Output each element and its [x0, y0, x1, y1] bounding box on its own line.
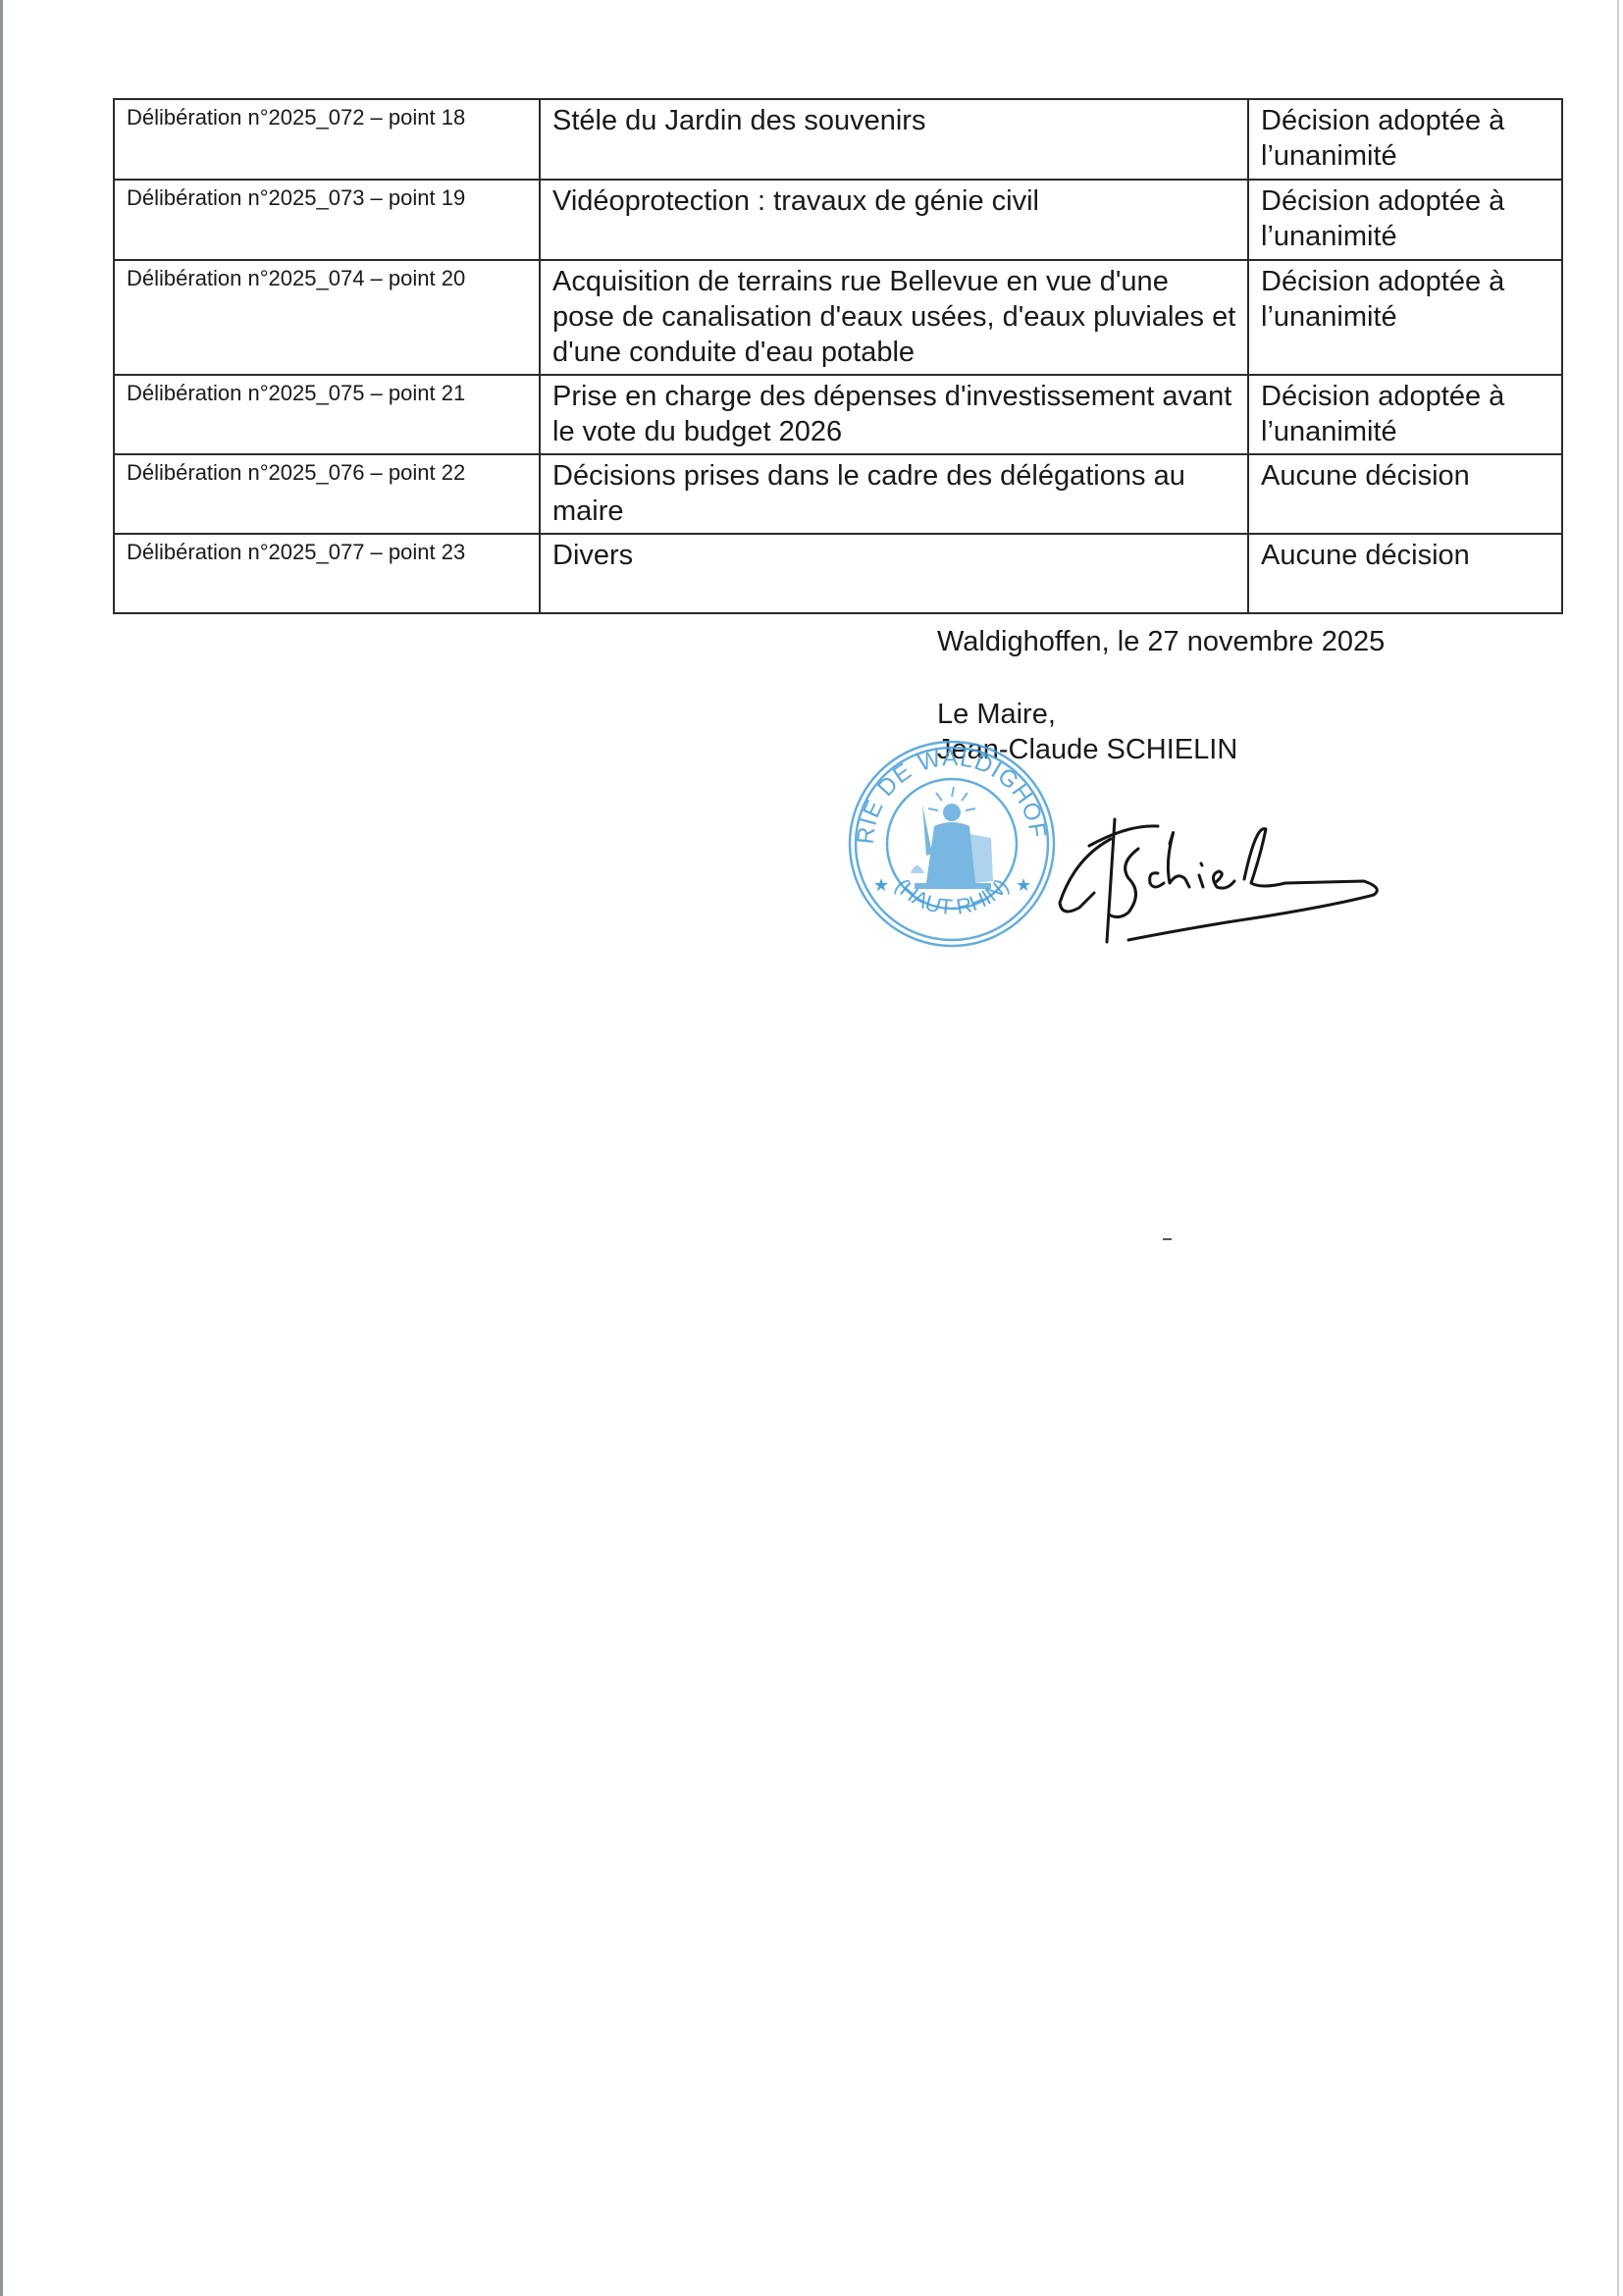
mayor-signature — [1050, 785, 1403, 952]
deliberations-table: Délibération n°2025_072 – point 18 Stéle… — [113, 98, 1563, 614]
deliberation-decision: Décision adoptée à l’unanimité — [1248, 260, 1562, 375]
place-date: Waldighoffen, le 27 novembre 2025 — [937, 624, 1385, 659]
deliberation-subject: Divers — [540, 534, 1248, 613]
scan-edge-right — [1617, 0, 1619, 2296]
table-row: Délibération n°2025_076 – point 22 Décis… — [114, 454, 1562, 534]
deliberation-decision: Décision adoptée à l’unanimité — [1248, 375, 1562, 454]
deliberation-reference: Délibération n°2025_074 – point 20 — [114, 260, 540, 375]
svg-text:★: ★ — [873, 875, 889, 895]
deliberation-reference: Délibération n°2025_072 – point 18 — [114, 99, 540, 180]
deliberation-decision: Décision adoptée à l’unanimité — [1248, 180, 1562, 260]
deliberation-subject: Stéle du Jardin des souvenirs — [540, 99, 1248, 180]
deliberation-subject: Décisions prises dans le cadre des délég… — [540, 454, 1248, 534]
scan-artifact — [1163, 1238, 1172, 1240]
deliberation-decision: Aucune décision — [1248, 534, 1562, 613]
svg-text:★: ★ — [1016, 875, 1031, 895]
deliberation-decision: Décision adoptée à l’unanimité — [1248, 99, 1562, 180]
table-row: Délibération n°2025_075 – point 21 Prise… — [114, 375, 1562, 454]
deliberation-reference: Délibération n°2025_075 – point 21 — [114, 375, 540, 454]
scan-edge-left — [0, 0, 3, 2296]
deliberation-subject: Prise en charge des dépenses d'investiss… — [540, 375, 1248, 454]
table-row: Délibération n°2025_072 – point 18 Stéle… — [114, 99, 1562, 180]
deliberation-reference: Délibération n°2025_073 – point 19 — [114, 180, 540, 260]
table-row: Délibération n°2025_073 – point 19 Vidéo… — [114, 180, 1562, 260]
marianne-seal-icon: MAIRIE DE WALDIGHOFFEN (HAUT-RHIN) ★ ★ — [844, 736, 1060, 952]
table-row: Délibération n°2025_074 – point 20 Acqui… — [114, 260, 1562, 375]
deliberation-decision: Aucune décision — [1248, 454, 1562, 534]
table-row: Délibération n°2025_077 – point 23 Diver… — [114, 534, 1562, 613]
deliberation-reference: Délibération n°2025_077 – point 23 — [114, 534, 540, 613]
deliberation-reference: Délibération n°2025_076 – point 22 — [114, 454, 540, 534]
mayor-title: Le Maire, — [937, 697, 1385, 732]
deliberation-subject: Vidéoprotection : travaux de génie civil — [540, 180, 1248, 260]
deliberation-subject: Acquisition de terrains rue Bellevue en … — [540, 260, 1248, 375]
